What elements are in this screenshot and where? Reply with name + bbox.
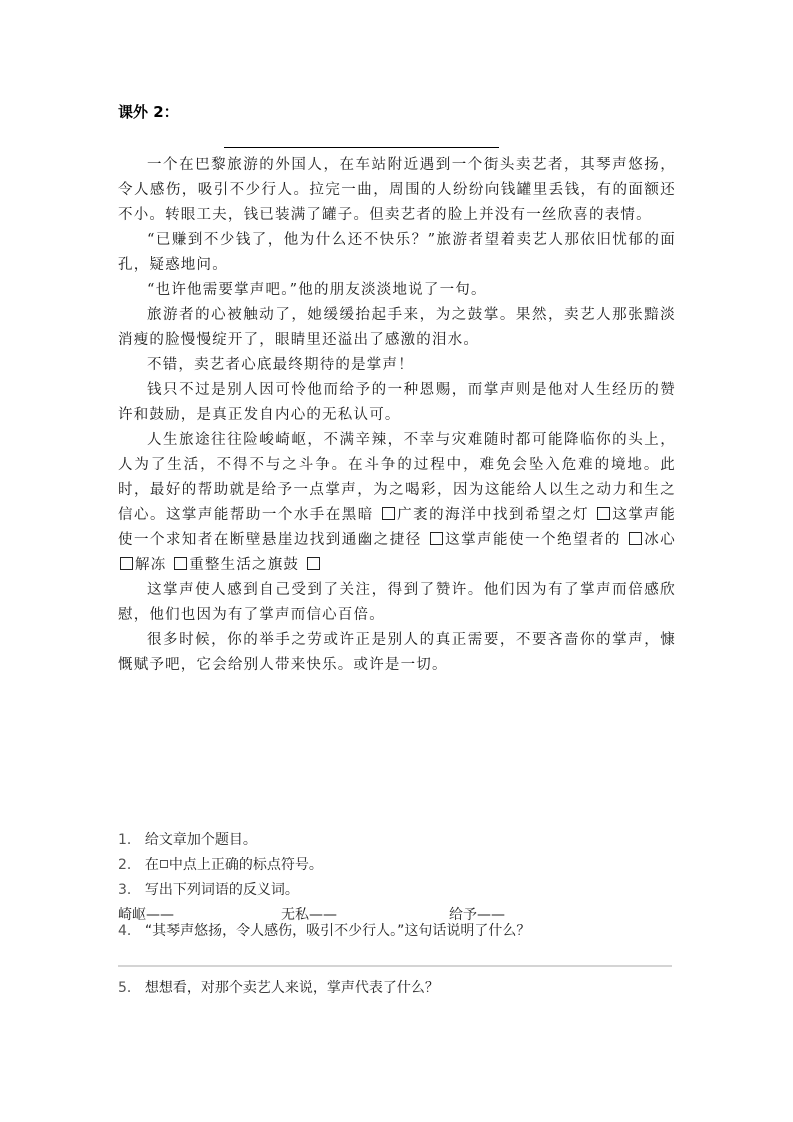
punctuation-blank-5[interactable]: [120, 557, 133, 570]
question-number: 1．: [118, 832, 141, 848]
question-5: 5．想想看，对那个卖艺人来说，掌声代表了什么？: [118, 977, 439, 997]
question-3: 3．写出下列词语的反义词。: [118, 879, 299, 899]
paragraph-7-segment: 解冻: [135, 557, 166, 573]
punctuation-blank-1[interactable]: [382, 507, 395, 520]
question-text: 中点上正确的标点符号。: [169, 857, 323, 873]
answer-line-question-4[interactable]: [118, 965, 672, 967]
punctuation-blank-6[interactable]: [174, 557, 187, 570]
question-text: 写出下列词语的反义词。: [145, 882, 299, 898]
punctuation-blank-4[interactable]: [629, 532, 642, 545]
paragraph-5: 不错，卖艺者心底最终期待的是掌声！: [118, 353, 676, 378]
question-text: 给文章加个题目。: [145, 832, 257, 848]
paragraph-7-punctuation-exercise: 人生旅途往往险峻崎岖，不满辛辣，不幸与灾难随时都可能降临你的头上，人为了生活，不…: [118, 428, 676, 578]
paragraph-7-segment: 冰心: [644, 532, 676, 548]
question-number: 3．: [118, 882, 141, 898]
question-number: 4．: [118, 923, 141, 939]
paragraph-4: 旅游者的心被触动了，她缓缓抬起手来，为之鼓掌。果然，卖艺人那张黯淡消瘦的脸慢慢绽…: [118, 303, 676, 353]
paragraph-3: “也许他需要掌声吧。”他的朋友淡淡地说了一句。: [118, 278, 676, 303]
paragraph-7-segment: 重整生活之旗鼓: [189, 557, 299, 573]
paragraph-8: 这掌声使人感到自己受到了关注，得到了赞许。他们因为有了掌声而倍感欣慰，他们也因为…: [118, 578, 676, 628]
question-number: 5．: [118, 980, 141, 996]
punctuation-blank-2[interactable]: [597, 507, 610, 520]
paragraph-1: 一个在巴黎旅游的外国人，在车站附近遇到一个街头卖艺者，其琴声悠扬，令人感伤，吸引…: [118, 153, 676, 228]
question-1: 1．给文章加个题目。: [118, 829, 257, 849]
question-text: 在: [145, 857, 159, 873]
title-answer-blank[interactable]: [224, 147, 499, 148]
paragraph-2: “已赚到不少钱了，他为什么还不快乐？”旅游者望着卖艺人那依旧忧郁的面孔，疑惑地问…: [118, 228, 676, 278]
question-text: 想想看，对那个卖艺人来说，掌声代表了什么？: [145, 980, 439, 996]
question-2: 2．在中点上正确的标点符号。: [118, 854, 323, 874]
worksheet-page: 课外 2： 一个在巴黎旅游的外国人，在车站附近遇到一个街头卖艺者，其琴声悠扬，令…: [0, 0, 793, 1122]
paragraph-7-segment: 广袤的海洋中找到希望之灯: [397, 507, 589, 523]
small-square-icon: [160, 860, 168, 868]
question-number: 2．: [118, 857, 141, 873]
paragraph-9: 很多时候，你的举手之劳或许正是别人的真正需要，不要吝啬你的掌声，慷慨赋予吧，它会…: [118, 628, 676, 678]
punctuation-blank-3[interactable]: [430, 532, 443, 545]
paragraph-6: 钱只不过是别人因可怜他而给予的一种恩赐，而掌声则是他对人生经历的赞许和鼓励，是真…: [118, 378, 676, 428]
question-text: “其琴声悠扬，令人感伤，吸引不少行人。”这句话说明了什么？: [145, 923, 531, 939]
punctuation-blank-7[interactable]: [307, 557, 320, 570]
paragraph-7-segment: 这掌声能使一个绝望者的: [445, 532, 621, 548]
section-heading: 课外 2：: [118, 101, 179, 122]
reading-passage: 一个在巴黎旅游的外国人，在车站附近遇到一个街头卖艺者，其琴声悠扬，令人感伤，吸引…: [118, 153, 676, 678]
question-4: 4．“其琴声悠扬，令人感伤，吸引不少行人。”这句话说明了什么？: [118, 920, 530, 940]
